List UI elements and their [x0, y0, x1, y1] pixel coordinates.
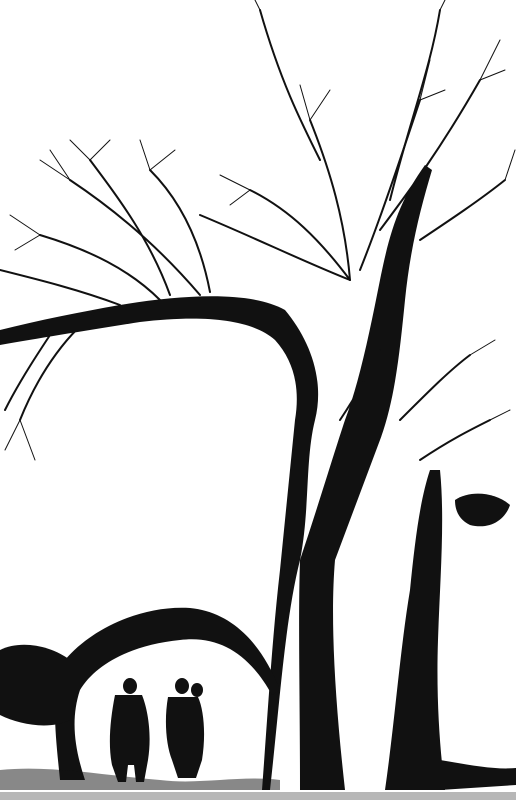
tree-illustration	[0, 0, 516, 800]
branches	[0, 10, 505, 460]
right-foliage	[455, 494, 510, 527]
arched-tree	[55, 608, 280, 780]
figure-right	[166, 678, 204, 778]
figure-left	[110, 678, 150, 782]
ink-print-scene	[0, 0, 516, 800]
arch-base	[0, 645, 70, 726]
twigs	[5, 0, 515, 460]
right-tree	[385, 470, 445, 790]
